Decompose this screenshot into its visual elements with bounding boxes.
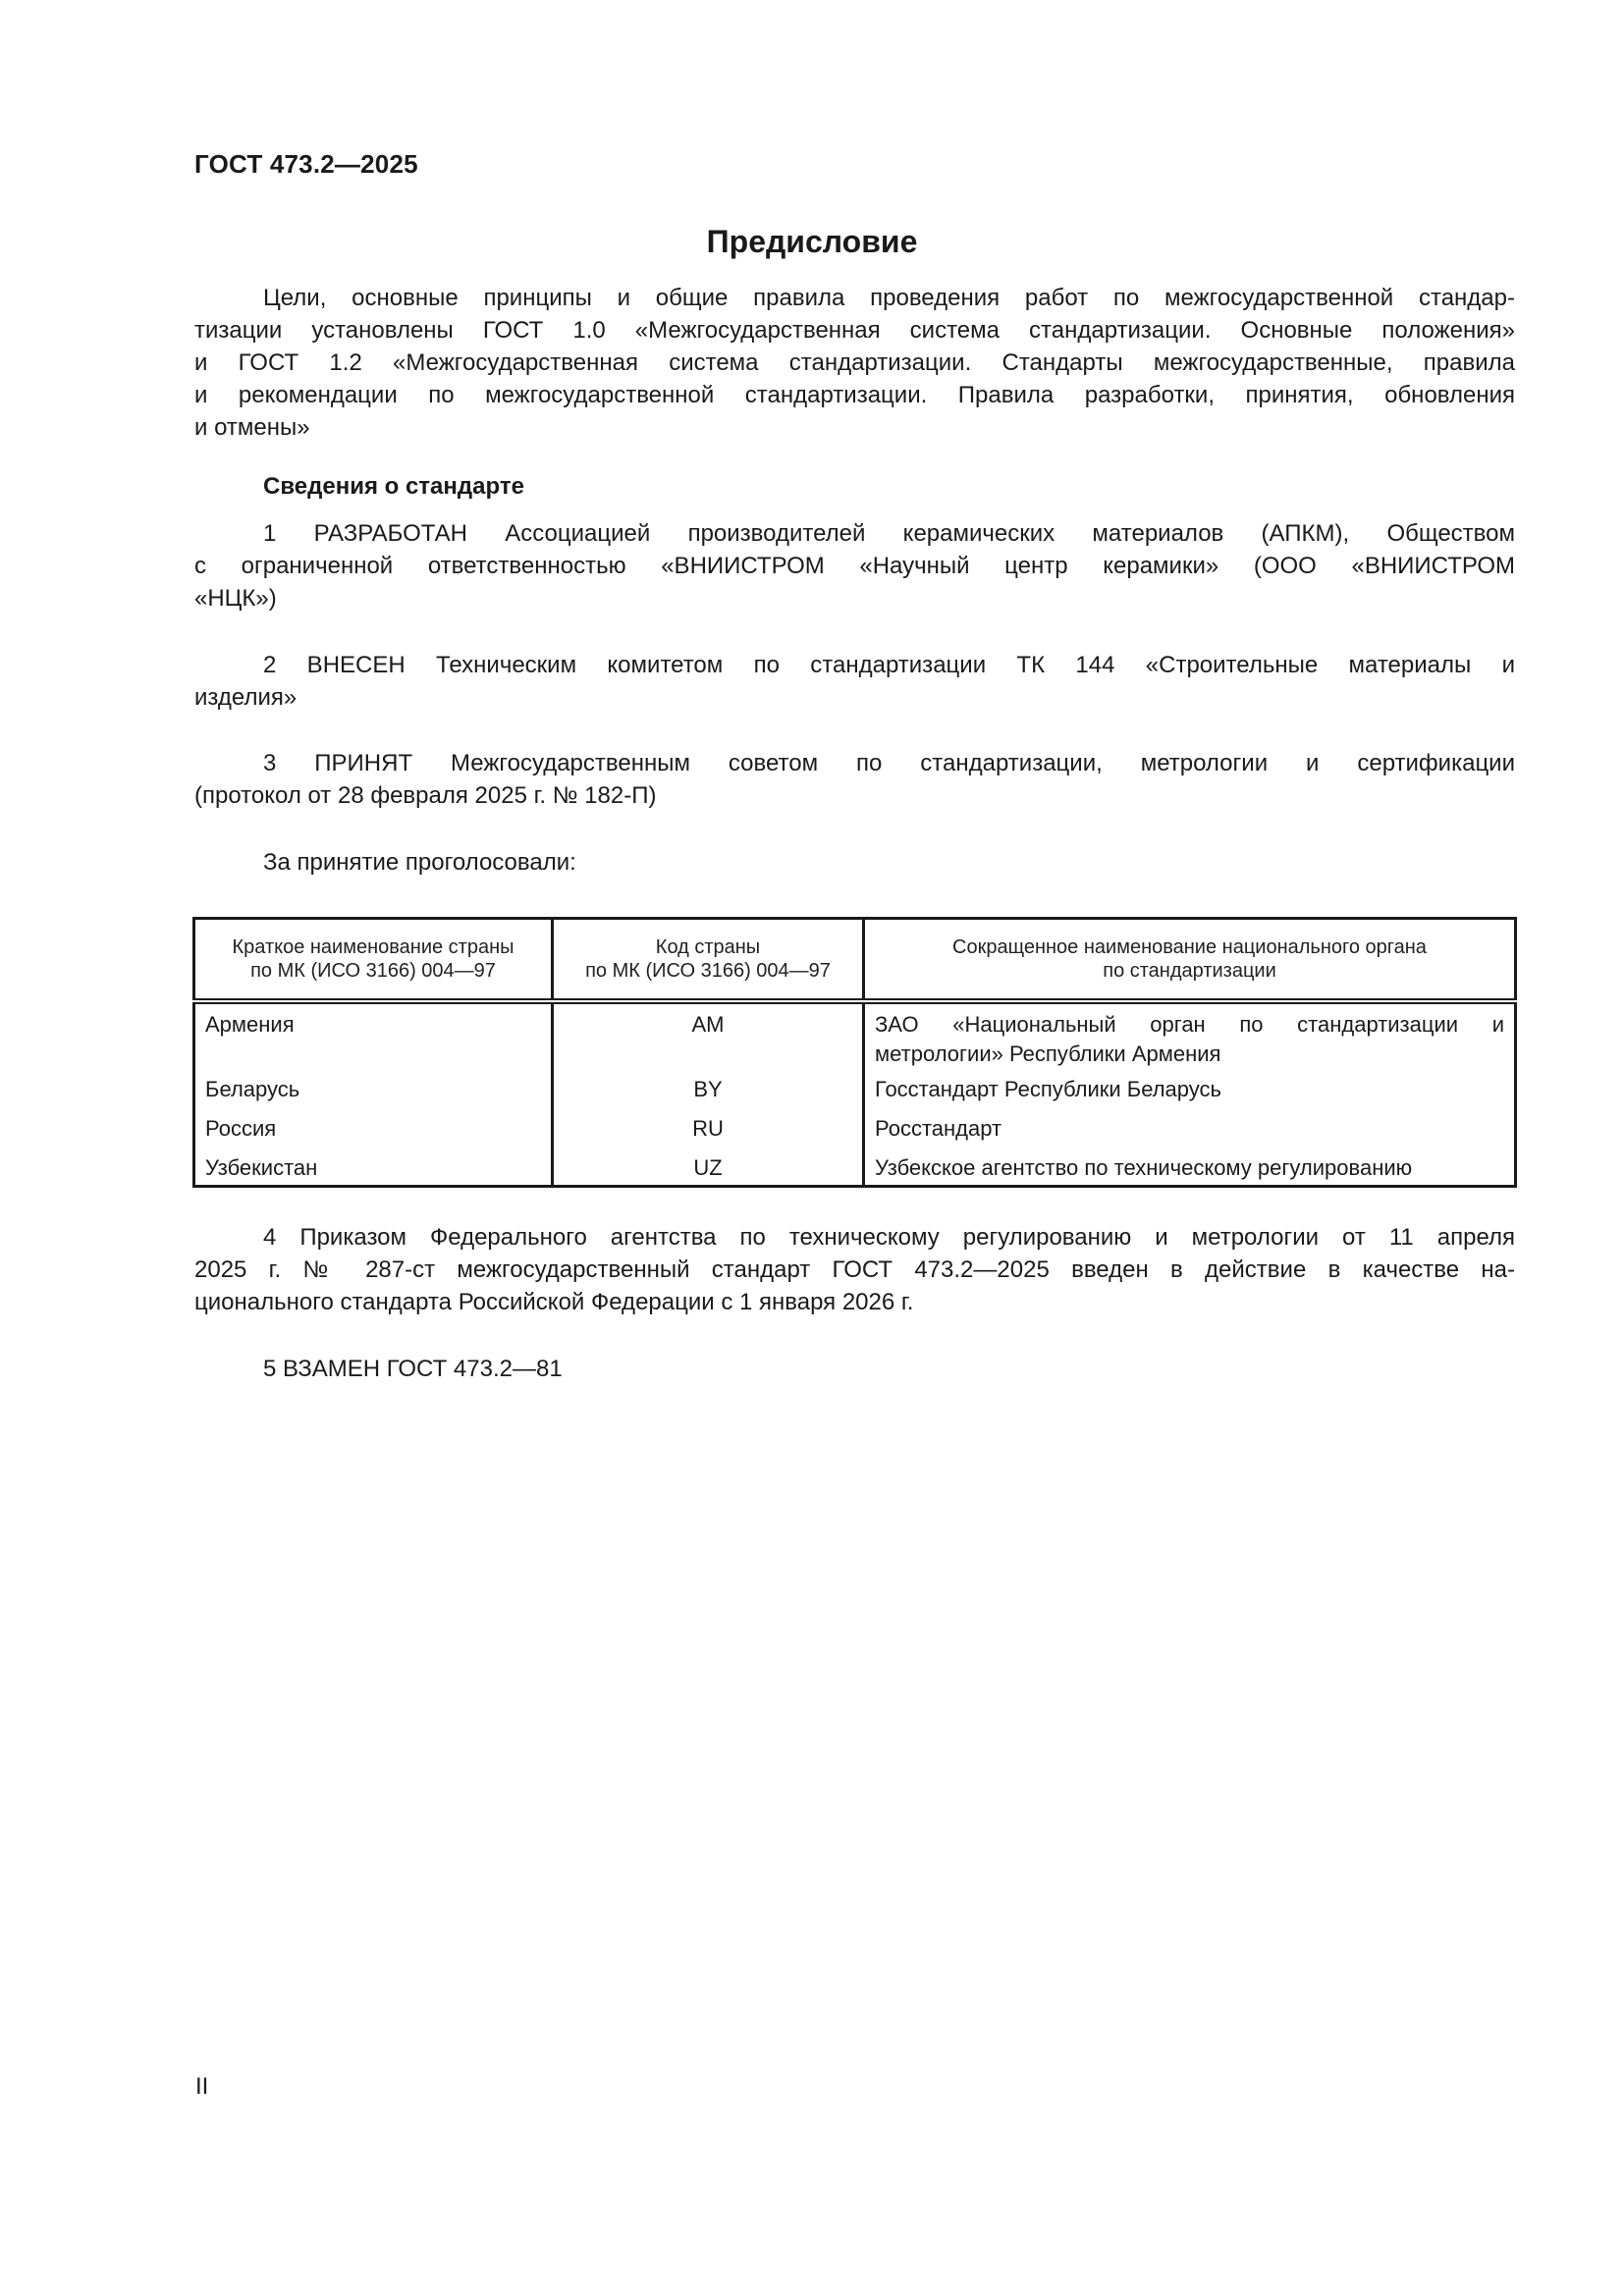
header-line: Код страны <box>560 935 856 959</box>
item-line: ционального стандарта Российской Федерац… <box>194 1286 1515 1318</box>
voted-label: За принятие проголосовали: <box>263 846 1584 879</box>
column-header-code: Код страны по МК (ИСО 3166) 004—97 <box>553 919 864 1002</box>
item-line: 1 РАЗРАБОТАН Ассоциацией производителей … <box>194 517 1515 550</box>
cell-body: Росстандарт <box>864 1104 1516 1144</box>
cell-code: AM <box>553 1001 864 1069</box>
item-line: изделия» <box>194 681 1515 714</box>
cell-country: Армения <box>194 1001 553 1069</box>
column-header-body: Сокращенное наименование национального о… <box>864 919 1516 1002</box>
voting-table: Краткое наименование страны по МК (ИСО 3… <box>192 917 1517 1188</box>
item-line: 2 ВНЕСЕН Техническим комитетом по станда… <box>194 649 1515 681</box>
item-enacted: 4 Приказом Федерального агентства по тех… <box>194 1221 1515 1318</box>
item-introduced: 2 ВНЕСЕН Техническим комитетом по станда… <box>194 649 1515 714</box>
table-row: Узбекистан UZ Узбекское агентство по тех… <box>194 1144 1516 1187</box>
cell-body: Госстандарт Республики Беларусь <box>864 1069 1516 1104</box>
item-adopted: 3 ПРИНЯТ Межгосударственным советом по с… <box>194 747 1515 812</box>
cell-code: RU <box>553 1104 864 1144</box>
item-line: 3 ПРИНЯТ Межгосударственным советом по с… <box>194 747 1515 779</box>
header-line: по МК (ИСО 3166) 004—97 <box>560 959 856 983</box>
intro-line: и рекомендации по межгосударственной ста… <box>194 379 1515 411</box>
item-line: (протокол от 28 февраля 2025 г. № 182-П) <box>194 779 1515 812</box>
cell-body-line: ЗАО «Национальный орган по стандартизаци… <box>875 1010 1504 1040</box>
cell-country: Беларусь <box>194 1069 553 1104</box>
item-developed: 1 РАЗРАБОТАН Ассоциацией производителей … <box>194 517 1515 614</box>
column-header-country: Краткое наименование страны по МК (ИСО 3… <box>194 919 553 1002</box>
intro-line: и ГОСТ 1.2 «Межгосударственная система с… <box>194 347 1515 379</box>
header-line: Краткое наименование страны <box>201 935 545 959</box>
page-number: II <box>195 2073 208 2101</box>
page-title: Предисловие <box>0 224 1624 260</box>
table-row: Беларусь BY Госстандарт Республики Белар… <box>194 1069 1516 1104</box>
header-line: по МК (ИСО 3166) 004—97 <box>201 959 545 983</box>
intro-line: Цели, основные принципы и общие правила … <box>194 282 1515 314</box>
item-line: 4 Приказом Федерального агентства по тех… <box>194 1221 1515 1254</box>
cell-country: Россия <box>194 1104 553 1144</box>
item-replaces: 5 ВЗАМЕН ГОСТ 473.2—81 <box>263 1353 1584 1385</box>
cell-body-line: метрологии» Республики Армения <box>875 1040 1504 1069</box>
cell-body: Узбекское агентство по техническому регу… <box>864 1144 1516 1187</box>
intro-line: тизации установлены ГОСТ 1.0 «Межгосудар… <box>194 314 1515 347</box>
item-line: «НЦК») <box>194 582 1515 614</box>
cell-code: BY <box>553 1069 864 1104</box>
section-title: Сведения о стандарте <box>263 473 524 501</box>
table-header-row: Краткое наименование страны по МК (ИСО 3… <box>194 919 1516 1002</box>
cell-country: Узбекистан <box>194 1144 553 1187</box>
intro-line: и отмены» <box>194 411 1515 444</box>
intro-paragraph: Цели, основные принципы и общие правила … <box>194 282 1515 444</box>
cell-body: ЗАО «Национальный орган по стандартизаци… <box>864 1001 1516 1069</box>
cell-code: UZ <box>553 1144 864 1187</box>
item-line: с ограниченной ответственностью «ВНИИСТР… <box>194 550 1515 582</box>
document-code-header: ГОСТ 473.2—2025 <box>194 149 418 180</box>
table-row: Армения AM ЗАО «Национальный орган по ст… <box>194 1001 1516 1069</box>
item-line: 2025 г. № 287-ст межгосударственный стан… <box>194 1254 1515 1286</box>
header-line: по стандартизации <box>871 959 1508 983</box>
table-row: Россия RU Росстандарт <box>194 1104 1516 1144</box>
header-line: Сокращенное наименование национального о… <box>871 935 1508 959</box>
